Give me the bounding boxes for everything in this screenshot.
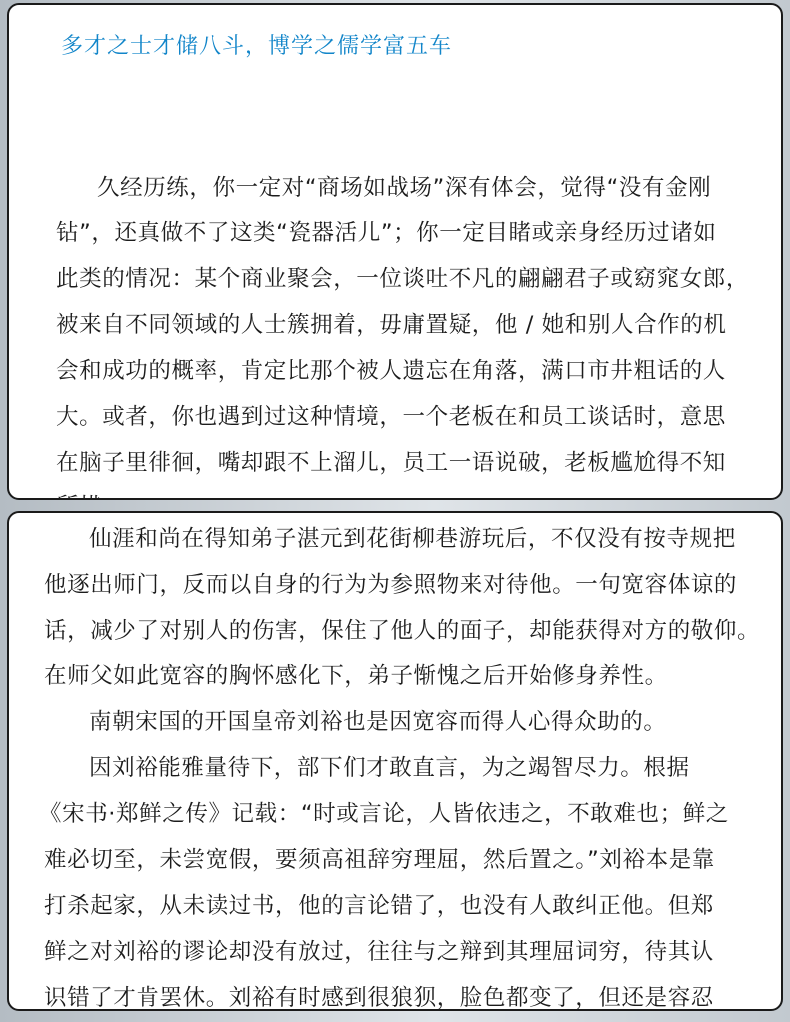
paragraph-line: 在师父如此宽容的胸怀感化下，弟子惭愧之后开始修身养性。 <box>44 658 668 690</box>
paragraph-line: 因刘裕能雅量待下，部下们才敢直言，为之竭智尽力。根据 <box>89 750 690 782</box>
bottom-page-excerpt: 仙涯和尚在得知弟子湛元到花街柳巷游玩后，不仅没有按寺规把 他逐出师门，反而以自身… <box>7 511 783 1011</box>
paragraph-line: 南朝宋国的开国皇帝刘裕也是因宽容而得人心得众助的。 <box>89 704 667 736</box>
paragraph-line: 会和成功的概率，肯定比那个被人遗忘在角落，满口市井粗话的人 <box>56 353 726 385</box>
paragraph-line: 在脑子里徘徊，嘴却跟不上溜儿，员工一语说破，老板尴尬得不知 <box>56 445 726 477</box>
top-page-excerpt: 多才之士才储八斗，博学之儒学富五车 久经历练，你一定对“商场如战场”深有体会，觉… <box>7 3 783 500</box>
paragraph-line: 被来自不同领域的人士簇拥着，毋庸置疑，他 / 她和别人合作的机 <box>56 307 727 339</box>
paragraph-line: 久经历练，你一定对“商场如战场”深有体会，觉得“没有金刚 <box>97 170 711 202</box>
paragraph-line: 他逐出师门，反而以自身的行为为参照物来对待他。一句宽容体谅的 <box>44 567 737 599</box>
paragraph-line: 话，减少了对别人的伤害，保住了他人的面子，却能获得对方的敬仰。 <box>44 613 760 645</box>
paragraph-line: 仙涯和尚在得知弟子湛元到花街柳巷游玩后，不仅没有按寺规把 <box>89 521 736 553</box>
paragraph-line: 鲜之对刘裕的谬论却没有放过，往往与之辩到其理屈词穷，待其认 <box>44 934 714 966</box>
paragraph-line: 打杀起家，从未读过书，他的言论错了，也没有人敢纠正他。但郑 <box>44 888 714 920</box>
section-title: 多才之士才储八斗，博学之儒学富五车 <box>61 29 452 60</box>
paragraph-line: 此类的情况：某个商业聚会，一位谈吐不凡的翩翩君子或窈窕女郎， <box>56 261 749 293</box>
paragraph-line: 难必切至，未尝宽假，要须高祖辞穷理屈，然后置之。”刘裕本是靠 <box>44 842 715 874</box>
paragraph-line: 大。或者，你也遇到过这种情境，一个老板在和员工谈话时，意思 <box>56 399 726 431</box>
paragraph-line: 识错了才肯罢休。刘裕有时感到很狼狈，脸色都变了，但还是容忍 <box>44 980 714 1011</box>
paragraph-line: 钻”，还真做不了这类“瓷器活儿”；你一定目睹或亲身经历过诸如 <box>56 215 716 247</box>
paragraph-line: 《宋书·郑鲜之传》记载：“时或言论，人皆依违之，不敢难也；鲜之 <box>39 796 729 828</box>
paragraph-line-cut: 所措 <box>56 489 102 500</box>
